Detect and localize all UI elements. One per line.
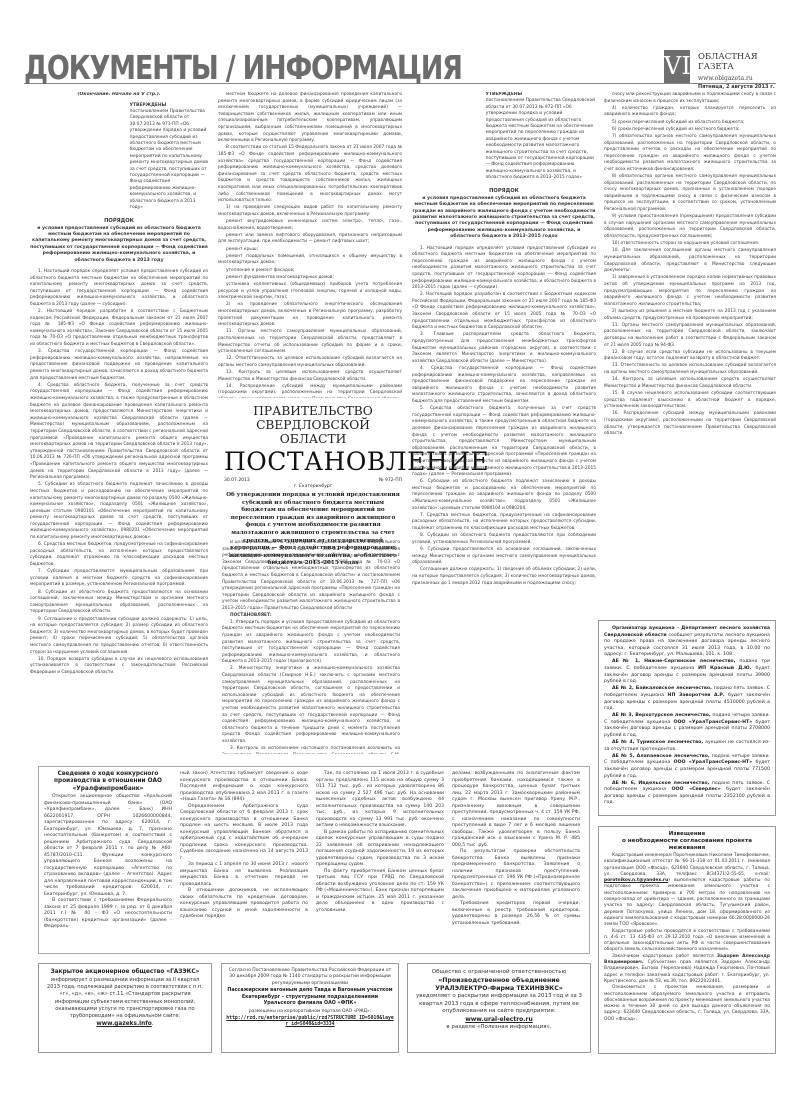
issue-date: Пятница, 2 августа 2013 г. [698, 84, 776, 90]
land-survey-notice: Извещение о необходимости согласования п… [598, 826, 776, 1054]
paragraph: 4) количество граждан, которых планирует… [604, 106, 776, 119]
paragraph: 14. Распределение субсидий между муницип… [218, 384, 402, 398]
paragraph: 2. Настоящий порядок разработан в соотве… [30, 309, 208, 349]
auction-lot: АЕ № 4, Туринское лесничество, аукцион н… [604, 740, 770, 753]
rzd-depot-names: Пассажирским вагонным депо Тавда и Вагон… [226, 988, 394, 1008]
decree-item: 3. Контроль за исполнением настоящего по… [222, 746, 400, 754]
auction-lot: АЕ № 6, Ивдельское лесничество, подано п… [604, 781, 770, 807]
order-subtitle: и условия предоставления субсидий из обл… [412, 196, 596, 241]
article-col-2: местном бюджете на долевое финансировани… [218, 92, 402, 398]
section-title: ДОКУМЕНТЫ / ИНФОРМАЦИЯ [24, 48, 462, 87]
order-subtitle: и условия предоставления субсидий из обл… [30, 226, 208, 264]
paragraph: 2) на проведение обязательного энергетич… [218, 302, 402, 328]
uralelectro-company: «Производственное объединение УРАЛЭЛЕКТР… [412, 977, 586, 993]
paragraph: 10. Для заключения соглашений органы мес… [604, 248, 776, 274]
paragraph: 6. Субсидии из областного бюджета подлеж… [412, 479, 596, 512]
paragraph: 9. Соглашение о предоставлении субсидии … [30, 617, 208, 657]
paragraph: 6. Средства местных бюджетов, предусмотр… [30, 542, 208, 568]
decree-type: ПОСТАНОВЛЕНИЕ [224, 448, 402, 476]
paragraph: ремонт или замена лифтового оборудования… [218, 233, 402, 246]
paragraph: 5. Средства областного бюджета, полученн… [412, 406, 596, 479]
paragraph: 15. В случае нецелевого использования су… [604, 391, 776, 411]
paragraph: 11. Органы местного самоуправления муниц… [218, 329, 402, 355]
decree-resolves: ПОСТАНОВЛЯЕТ: [222, 613, 400, 620]
paragraph: 2. Настоящий порядок разработан в соотве… [412, 292, 596, 332]
paragraph: 8) обязательство органов местного самоуп… [604, 174, 776, 214]
gazeks-website-link[interactable]: www.gazeks.info [96, 1021, 151, 1027]
masthead: ДОКУМЕНТЫ / ИНФОРМАЦИЯ VI ОБЛАСТНАЯ ГАЗЕ… [24, 50, 776, 84]
paragraph: сносу или реконструкции аварийными и под… [604, 92, 776, 105]
decree-city: г. Екатеринбург [224, 484, 402, 489]
paragraph: 1. Настоящий порядок определяет условия … [412, 246, 596, 292]
paragraph: 12. В случае если средства субсидии не и… [604, 350, 776, 363]
paper-name: ОБЛАСТНАЯ ГАЗЕТА [698, 52, 776, 72]
gazeks-notice: Закрытое акционерное общество «ГАЗЭКС» и… [38, 963, 212, 1053]
survey-email-link[interactable]: porotnikov.n.t@yandex.ru [604, 878, 668, 883]
paragraph: ремонт внутридомовых инженерных систем э… [218, 219, 402, 232]
approval-stamp: УТВЕРЖДЕНЫ постановлением Правительства … [130, 103, 208, 212]
survey-notice-title: Извещение [604, 831, 770, 838]
paper-url[interactable]: www.oblgazeta.ru [698, 75, 776, 82]
rzd-portal-link[interactable]: http://rzd.ru/enterprise/public/rzd?STRU… [226, 1016, 394, 1029]
decree-item: 2. Министерству энергетики и жилищно-ком… [222, 666, 400, 745]
article-col-4: сносу или реконструкции аварийными и под… [604, 92, 776, 600]
bank-notice-title: Сведения о ходе конкурсного производства… [44, 771, 172, 793]
paragraph: 13. Ответственность за целевое использов… [604, 363, 776, 376]
paragraph: 5. Субсидии из областного бюджета подлеж… [30, 482, 208, 541]
paragraph: 12. Ответственность за целевое использов… [218, 356, 402, 369]
paragraph: 7. Субсидии предоставляются муниципальны… [30, 569, 208, 589]
order-title: ПОРЯДОК [30, 218, 208, 225]
bank-notice-col-1: Сведения о ходе конкурсного производства… [44, 771, 172, 949]
paragraph: 10. Порядок возврата субсидии в случае и… [30, 657, 208, 677]
order-title: ПОРЯДОК [412, 188, 596, 195]
gazeks-title: Закрытое акционерное общество «ГАЗЭКС» [44, 968, 206, 976]
paragraph: 5) сроки перечисления субсидий из област… [604, 120, 776, 127]
bank-bankruptcy-notice: Сведения о ходе конкурсного производства… [38, 766, 590, 954]
paragraph: 9) условия приостановления (прекращения)… [604, 214, 776, 240]
paragraph: В соответствии со статьей 15 Федеральног… [218, 145, 402, 204]
article-col-1: (Окончание. Начало на V стр.). УТВЕРЖДЕН… [30, 92, 208, 754]
paragraph: 13. Контроль за целевым использованием с… [218, 370, 402, 383]
decree-number: № 972-ПП [379, 478, 402, 483]
auction-lot: АЕ № 1, Нижне-Сергинское лесничество, по… [604, 659, 770, 685]
paragraph: 3. Главным распорядителем средств област… [412, 332, 596, 365]
paragraph: 4. Средства государственной корпорации —… [412, 366, 596, 406]
paragraph: 9. Субсидии предоставляются на основании… [412, 547, 596, 567]
rzd-notice: Согласно Постановлению Правительства Рос… [221, 963, 399, 1053]
auction-results-notice: Организатор аукциона - Департамент лесно… [598, 620, 776, 816]
paragraph: 16. Распределение субсидий между муницип… [604, 411, 776, 437]
paragraph: утепление и ремонт фасадов; [218, 268, 402, 275]
survey-notice-subtitle: о необходимости согласования проекта меж… [604, 838, 770, 852]
decree-body: В целях реализации на территории Свердло… [222, 540, 400, 754]
paragraph: 7) обязательство органов местного самоуп… [604, 134, 776, 174]
decree-meta: 30.07.2013 № 972-ПП [224, 478, 402, 483]
paragraph: 1) заверенные в установленном порядке ко… [604, 275, 776, 308]
uralelectro-website-link[interactable]: www.ural-electro.ru [412, 1016, 586, 1024]
decree-preamble: В целях реализации на территории Свердло… [222, 540, 400, 613]
bank-notice-col-2: ный закон) Агентство публикует сведения … [180, 771, 308, 949]
paragraph: ремонт крыш; [218, 247, 402, 254]
paragraph: 2) выписку из решения о местном бюджете … [604, 309, 776, 322]
paragraph: 10) ответственность сторон за нарушение … [604, 241, 776, 248]
paragraph: 11. Органы местного самоуправления муниц… [604, 323, 776, 349]
paragraph: местном бюджете на долевое финансировани… [218, 92, 402, 145]
paragraph: 7. Средства местных бюджетов, предусмотр… [412, 513, 596, 533]
approval-stamp: УТВЕРЖДЕНЫ постановлением Правительства … [486, 92, 596, 182]
paragraph: ремонт фундаментов многоквартирных домов… [218, 275, 402, 282]
paragraph: 8. Субсидии из областного бюджета предос… [412, 533, 596, 546]
page-number: VI [664, 50, 690, 83]
bank-notice-col-3: Так, по состоянию на 1 июля 2013 г. в су… [316, 771, 444, 949]
continuation-note: (Окончание. Начало на V стр.). [30, 92, 208, 99]
paragraph: 4. Средства областного бюджета, полученн… [30, 383, 208, 482]
auction-lot: АЕ № 2, Байкаловское лесничество, подано… [604, 686, 770, 712]
paragraph: 1) на проведение следующих видов работ п… [218, 205, 402, 218]
paragraph: установка коллективных (общедомовых) при… [218, 282, 402, 302]
uralelectro-notice: Общество с ограниченной ответственностью… [407, 963, 591, 1053]
article-col-3: УТВЕРЖДЕНЫ постановлением Правительства … [412, 92, 596, 754]
paper-info: ОБЛАСТНАЯ ГАЗЕТА www.oblgazeta.ru Пятниц… [698, 52, 776, 90]
bank-notice-col-4: делами, возбужденными по аналогичным фак… [452, 771, 580, 949]
paragraph: 8. Субсидии из областного бюджета предос… [30, 590, 208, 616]
auction-lot: АЕ № 5, Алапаевское лесничество, подано … [604, 754, 770, 780]
auction-lot: АЕ № 3, Верхотурское лесничество, подано… [604, 713, 770, 739]
decree-item: 1. Утвердить порядок и условия предостав… [222, 620, 400, 666]
paragraph: 14. Контроль за целевым использованием с… [604, 377, 776, 390]
paragraph: 1. Настоящий порядок определяет условия … [30, 269, 208, 309]
paragraph: 3. Средства государственной корпорации —… [30, 349, 208, 382]
paragraph: ремонт подвальных помещений, относящихся… [218, 254, 402, 267]
decree-government: ПРАВИТЕЛЬСТВО СВЕРДЛОВСКОЙ ОБЛАСТИ [224, 404, 402, 446]
paragraph: Соглашение должно содержать: 1) сведения… [412, 567, 596, 587]
decree-date: 30.07.2013 [224, 478, 250, 483]
paragraph: 6) сроки перечисления субсидий из местно… [604, 127, 776, 134]
